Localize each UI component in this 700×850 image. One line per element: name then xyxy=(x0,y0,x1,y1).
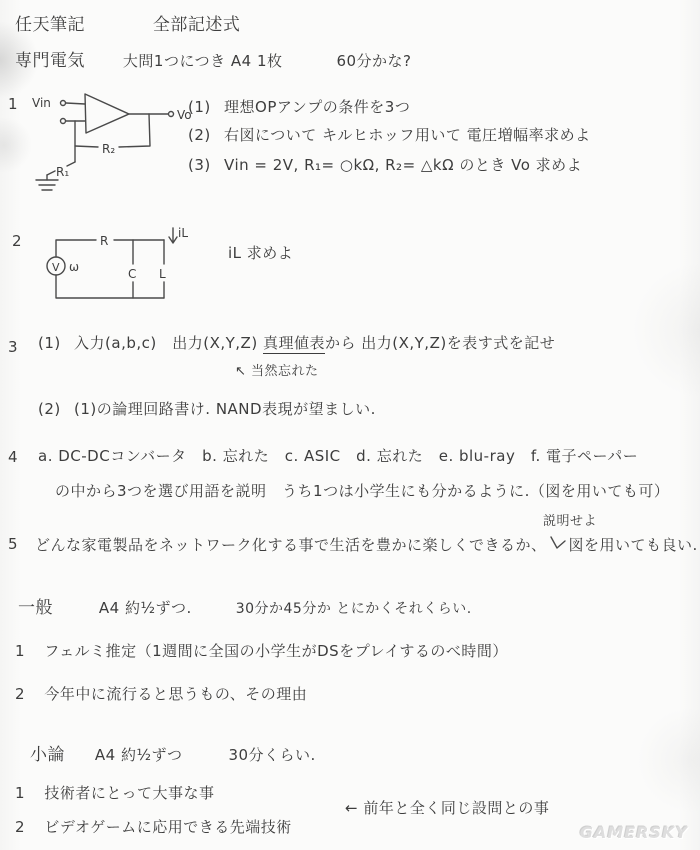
q3-item2: (2) (1)の論理回路書け. NAND表現が望ましい. xyxy=(38,398,376,419)
item-text: 図を用いても良い. xyxy=(569,536,698,554)
opamp-triangle xyxy=(85,94,129,133)
r1-wire xyxy=(47,171,55,175)
item-text: 入力(a,b,c) 出力(X,Y,Z) xyxy=(74,334,263,352)
ippan-item: 1 フェルミ推定（1週間に全国の小学生がDSをプレイするのべ時間） xyxy=(15,640,508,661)
format-note: 全部記述式 xyxy=(153,15,241,35)
subject-line: 専門電気 大問1つにつき A4 1枚 60分かな? xyxy=(15,46,412,71)
item-number: 2 xyxy=(15,685,25,703)
item-text: から 出力(X,Y,Z)を表す式を記せ xyxy=(325,334,555,352)
il-label: iL xyxy=(178,226,188,240)
ippan-time-note: 30分か45分か とにかくそれくらい. xyxy=(236,601,472,617)
q1-item: (1) 理想OPアンプの条件を3つ xyxy=(188,96,410,117)
item-text: 右図について キルヒホッフ用いて 電圧増幅率求めよ xyxy=(224,126,591,144)
q5-inserted-note: 説明せよ xyxy=(543,510,597,529)
source-label: V xyxy=(52,261,60,274)
shouron-item: 1 技術者にとって大事な事 xyxy=(15,782,215,803)
shouron-heading-line: 小論 A4 約½ずつ 30分くらい. xyxy=(30,740,316,765)
r2-label: R₂ xyxy=(102,142,115,156)
ippan-size-note: A4 約½ずつ. xyxy=(99,599,192,617)
ippan-item: 2 今年中に流行ると思うもの、その理由 xyxy=(15,683,307,704)
underlined-term: 真理値表 xyxy=(263,334,325,354)
shouron-time-note: 30分くらい. xyxy=(228,746,315,764)
r-label: R xyxy=(100,234,108,248)
feedback-wire xyxy=(75,146,98,147)
ippan-heading: 一般 xyxy=(18,598,53,618)
current-arrow-icon xyxy=(169,228,177,243)
item-text: Vin = 2V, R₁= ○kΩ, R₂= △kΩ のとき Vo 求めよ xyxy=(224,156,582,174)
item-number: 2 xyxy=(15,818,25,836)
q5-text-line: どんな家電製品をネットワーク化する事で生活を豊かに楽しくできるか、図を用いても良… xyxy=(35,534,698,555)
item-number: 1 xyxy=(15,642,25,660)
insertion-caret-icon xyxy=(549,536,567,550)
item-text: 今年中に流行ると思うもの、その理由 xyxy=(44,685,307,703)
item-number: 1 xyxy=(15,784,25,802)
q3-number: 3 xyxy=(8,338,18,356)
subject-note: 大問1つにつき A4 1枚 xyxy=(123,52,283,70)
gamersky-watermark: GAMERSKY xyxy=(580,823,688,842)
omega-label: ω xyxy=(69,260,79,274)
item-text: どんな家電製品をネットワーク化する事で生活を豊かに楽しくできるか、 xyxy=(35,536,547,554)
item-text: 理想OPアンプの条件を3つ xyxy=(224,98,410,116)
q2-number: 2 xyxy=(12,232,22,250)
item-number: (3) xyxy=(188,156,211,174)
q4-number: 4 xyxy=(8,448,18,466)
l-label: L xyxy=(159,267,166,281)
item-number: (1) xyxy=(188,98,211,116)
q4-instruction: の中から3つを選び用語を説明 うち1つは小学生にも分かるように.（図を用いても可… xyxy=(55,480,669,501)
q1-number: 1 xyxy=(8,95,18,113)
item-number: (2) xyxy=(188,126,211,144)
shouron-heading: 小論 xyxy=(30,745,65,765)
time-note: 60分かな? xyxy=(336,52,411,70)
ippan-heading-line: 一般 A4 約½ずつ. 30分か45分か とにかくそれくらい. xyxy=(18,593,472,618)
q1-item: (2) 右図について キルヒホッフ用いて 電圧増幅率求めよ xyxy=(188,124,591,145)
page-title: 任天筆記 xyxy=(15,15,85,35)
input-terminal xyxy=(61,101,66,106)
opamp-circuit-figure: Vin Vo R₂ R₁ xyxy=(22,86,192,201)
subject-heading: 専門電気 xyxy=(15,51,85,71)
wire xyxy=(56,240,96,257)
rlc-circuit-figure: V ω R C L iL xyxy=(36,218,196,313)
item-number: (1) xyxy=(38,334,61,352)
q4-options: a. DC-DCコンバータ b. 忘れた c. ASIC d. 忘れた e. b… xyxy=(38,445,638,466)
item-text: (1)の論理回路書け. NAND表現が望ましい. xyxy=(74,400,376,418)
page-title-line: 任天筆記 全部記述式 xyxy=(15,10,240,35)
q3-margin-note: ↖ 当然忘れた xyxy=(235,360,319,379)
shouron-item: 2 ビデオゲームに応用できる先端技術 xyxy=(15,816,292,837)
vin-label: Vin xyxy=(32,96,51,110)
q5-number: 5 xyxy=(8,535,18,553)
output-terminal xyxy=(169,112,174,117)
q2-task: iL 求めよ xyxy=(228,242,293,263)
shouron-size-note: A4 約½ずつ xyxy=(95,746,183,764)
item-text: フェルミ推定（1週間に全国の小学生がDSをプレイするのべ時間） xyxy=(44,642,508,660)
item-number: (2) xyxy=(38,400,61,418)
feedback-wire xyxy=(119,114,150,147)
input-terminal xyxy=(61,119,66,124)
wire xyxy=(56,275,164,298)
ground-symbol xyxy=(36,180,58,190)
item-text: ビデオゲームに応用できる先端技術 xyxy=(44,818,291,836)
wire xyxy=(66,103,85,104)
c-label: C xyxy=(128,267,136,281)
q3-item1: (1) 入力(a,b,c) 出力(X,Y,Z) 真理値表から 出力(X,Y,Z)… xyxy=(38,332,555,353)
shouron-margin-note: ← 前年と全く同じ設問との事 xyxy=(345,797,549,818)
r1-label: R₁ xyxy=(56,165,69,179)
item-text: 技術者にとって大事な事 xyxy=(44,784,214,802)
q1-item: (3) Vin = 2V, R₁= ○kΩ, R₂= △kΩ のとき Vo 求め… xyxy=(188,154,582,175)
